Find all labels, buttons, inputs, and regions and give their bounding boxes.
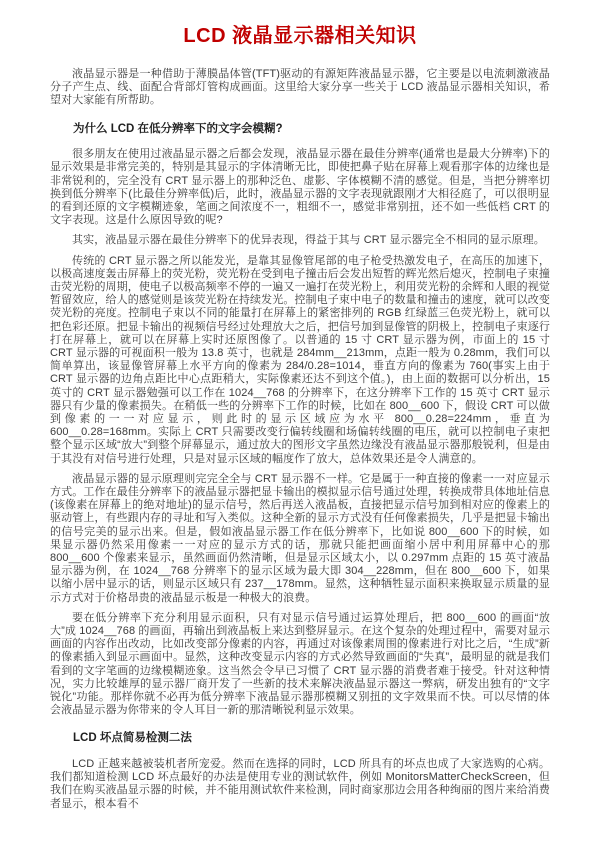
section-heading-dead-pixel-detection: LCD 坏点简易检测二法	[50, 732, 550, 746]
body-paragraph: 其实，液晶显示器在最佳分辨率下的优异表现，得益于其与 CRT 显示器完全不相同的…	[50, 234, 550, 247]
body-paragraph: 液晶显示器的显示原理则完完全全与 CRT 显示器不一样。它是属于一种直接的像素一…	[50, 473, 550, 605]
body-paragraph: 要在低分辨率下充分利用显示面积，只有对显示信号通过运算处理后，把 800__60…	[50, 612, 550, 718]
body-paragraph: LCD 正越来越被装机者所宠爱。然而在选择的同时，LCD 所具有的坏点也成了大家…	[50, 758, 550, 811]
document-title: LCD 液晶显示器相关知识	[50, 24, 550, 48]
document-page: LCD 液晶显示器相关知识 液晶显示器是一种借助于薄膜晶体管(TFT)驱动的有源…	[0, 0, 600, 849]
body-paragraph: 很多朋友在使用过液晶显示器之后都会发现，液晶显示器在最佳分辨率(通常也是最大分辨…	[50, 148, 550, 227]
body-paragraph: 传统的 CRT 显示器之所以能发光，是靠其显像管尾部的电子枪受热激发电子，在高压…	[50, 255, 550, 466]
intro-paragraph: 液晶显示器是一种借助于薄膜晶体管(TFT)驱动的有源矩阵液晶显示器，它主要是以电…	[50, 68, 550, 108]
section-heading-low-resolution-blur: 为什么 LCD 在低分辨率下的文字会模糊?	[50, 123, 550, 137]
